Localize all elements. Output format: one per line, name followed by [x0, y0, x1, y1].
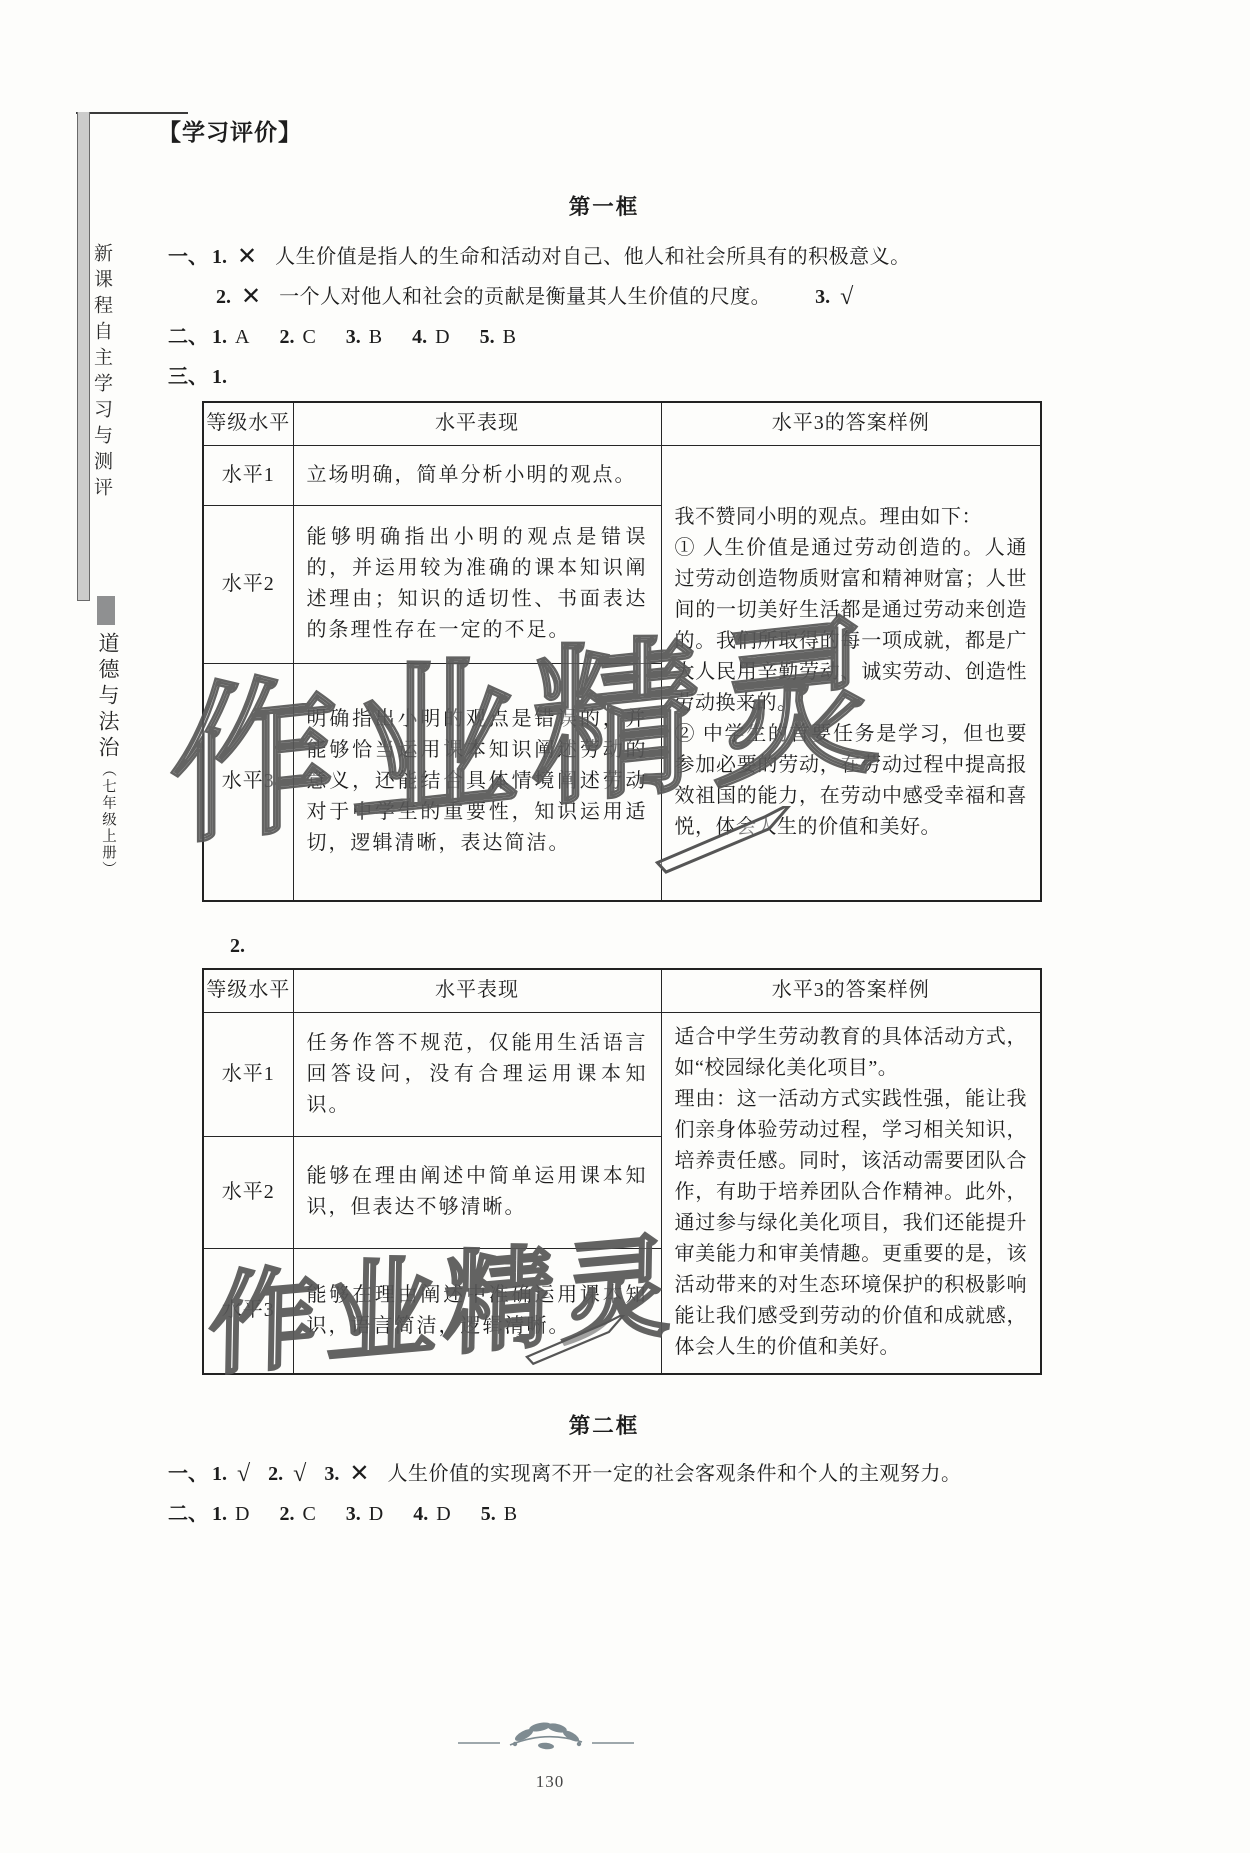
q-number: 1. — [212, 246, 227, 268]
q-number: 1. — [212, 326, 227, 348]
main-content: 第一框 一、1.✕人生价值是指人的生命和活动对自己、他人和社会所具有的积极意义。… — [168, 190, 1040, 1534]
frame1-shortanswer-label: 三、1. — [168, 357, 1040, 397]
cross-mark: ✕ — [349, 1461, 369, 1487]
book-page: 新课程自主学习与测评 道德与法治（七年级上册） 【学习评价】 第一框 一、1.✕… — [0, 0, 1250, 1853]
header-cell-level: 等级水平 — [203, 402, 293, 445]
header-cell-sample: 水平3的答案样例 — [661, 969, 1041, 1012]
choice-letter: B — [503, 326, 516, 348]
frame2-choice-line: 二、1.D2.C3.D4.D5.B — [168, 1494, 1040, 1534]
q-number: 4. — [413, 1503, 428, 1525]
choice-answer: 3.B — [346, 326, 382, 348]
choice-letter: A — [235, 326, 249, 348]
level-cell: 水平3 — [203, 663, 293, 901]
choice-letter: D — [235, 1503, 249, 1525]
level-cell: 水平3 — [203, 1248, 293, 1374]
level-cell: 水平2 — [203, 505, 293, 663]
sidebar-series-title: 新课程自主学习与测评 — [88, 243, 115, 503]
q-number: 5. — [480, 326, 495, 348]
frame1-title: 第一框 — [168, 190, 1040, 221]
level-cell: 水平2 — [203, 1136, 293, 1248]
choice-answer: 3.D — [346, 1503, 383, 1525]
choice-answer: 1.D — [212, 1503, 249, 1525]
performance-cell: 能够在理由阐述中准确运用课本知识，语言简洁，逻辑清晰。 — [293, 1248, 661, 1374]
statement-text: 人生价值的实现离不开一定的社会客观条件和个人的主观努力。 — [387, 1463, 961, 1485]
ordinal-1: 一、 — [168, 1463, 208, 1485]
table-row: 水平1 任务作答不规范，仅能用生活语言回答设问，没有合理运用课本知识。 适合中学… — [203, 1012, 1041, 1136]
table-header-row: 等级水平 水平表现 水平3的答案样例 — [203, 402, 1041, 445]
frame1-choice-line: 二、1.A2.C3.B4.D5.B — [168, 317, 1040, 357]
page-number: 130 — [0, 1772, 1100, 1792]
sample-answer-cell: 我不赞同小明的观点。理由如下： ① 人生价值是通过劳动创造的。人通过劳动创造物质… — [661, 445, 1041, 901]
q-number: 3. — [346, 1503, 361, 1525]
statement-text: 人生价值是指人的生命和活动对自己、他人和社会所具有的积极意义。 — [275, 246, 911, 268]
table-row: 水平1 立场明确，简单分析小明的观点。 我不赞同小明的观点。理由如下： ① 人生… — [203, 445, 1041, 505]
q-number: 4. — [412, 326, 427, 348]
rubric-table-1: 等级水平 水平表现 水平3的答案样例 水平1 立场明确，简单分析小明的观点。 我… — [202, 401, 1042, 902]
choice-answer: 2.C — [279, 326, 315, 348]
choice-answer: 5.B — [480, 326, 516, 348]
q-number: 3. — [346, 326, 361, 348]
choice-answer: 4.D — [413, 1503, 450, 1525]
performance-cell: 能够明确指出小明的观点是错误的，并运用较为准确的课本知识阐述理由；知识的适切性、… — [293, 505, 661, 663]
performance-cell: 明确指出小明的观点是错误的，并能够恰当运用课本知识阐述劳动的意义，还能结合具体情… — [293, 663, 661, 901]
frame1-item2-label: 2. — [230, 928, 1040, 964]
choice-letter: B — [369, 326, 382, 348]
sidebar-subject-box — [97, 596, 115, 625]
check-mark: √ — [840, 284, 853, 310]
frame1-truefalse-line1: 一、1.✕人生价值是指人的生命和活动对自己、他人和社会所具有的积极意义。 — [168, 237, 1040, 277]
ordinal-3: 三、 — [168, 366, 208, 388]
choice-answer: 2.C — [279, 1503, 315, 1525]
header-cell-performance: 水平表现 — [293, 402, 661, 445]
choice-letter: B — [504, 1503, 517, 1525]
statement-text: 一个人对他人和社会的贡献是衡量其人生价值的尺度。 — [279, 286, 771, 308]
choice-answer: 4.D — [412, 326, 449, 348]
item-number: 1. — [212, 366, 227, 388]
frame2-title: 第二框 — [168, 1409, 1040, 1440]
header-cell-performance: 水平表现 — [293, 969, 661, 1012]
header-cell-sample: 水平3的答案样例 — [661, 402, 1041, 445]
performance-cell: 任务作答不规范，仅能用生活语言回答设问，没有合理运用课本知识。 — [293, 1012, 661, 1136]
performance-cell: 能够在理由阐述中简单运用课本知识，但表达不够清晰。 — [293, 1136, 661, 1248]
leaf-flourish-icon — [458, 1712, 634, 1764]
choice-letter: D — [436, 1503, 450, 1525]
choice-letter: D — [369, 1503, 383, 1525]
sidebar-book-title: 道德与法治（七年级上册） — [93, 632, 123, 878]
book-title-text: 道德与法治 — [96, 632, 120, 762]
ordinal-2: 二、 — [168, 326, 208, 348]
header-cell-level: 等级水平 — [203, 969, 293, 1012]
level-cell: 水平1 — [203, 445, 293, 505]
check-mark: √ — [237, 1461, 250, 1487]
choice-answer: 5.B — [481, 1503, 517, 1525]
q-number: 2. — [279, 326, 294, 348]
q-number: 2. — [216, 286, 231, 308]
table-header-row: 等级水平 水平表现 水平3的答案样例 — [203, 969, 1041, 1012]
q-number: 1. — [212, 1503, 227, 1525]
choice-letter: C — [302, 326, 315, 348]
q-number: 5. — [481, 1503, 496, 1525]
performance-cell: 立场明确，简单分析小明的观点。 — [293, 445, 661, 505]
section-label: 【学习评价】 — [158, 114, 302, 147]
choice-answer: 1.A — [212, 326, 249, 348]
q-number: 2. — [279, 1503, 294, 1525]
ordinal-1: 一、 — [168, 246, 208, 268]
check-mark: √ — [293, 1461, 306, 1487]
sample-answer-cell: 适合中学生劳动教育的具体活动方式，如“校园绿化美化项目”。 理由：这一活动方式实… — [661, 1012, 1041, 1374]
frame2-truefalse-line: 一、1.√2.√3.✕人生价值的实现离不开一定的社会客观条件和个人的主观努力。 — [168, 1454, 1040, 1494]
choice-letter: D — [435, 326, 449, 348]
q-number: 3. — [815, 286, 830, 308]
ordinal-2: 二、 — [168, 1503, 208, 1525]
q-number: 2. — [268, 1463, 283, 1485]
level-cell: 水平1 — [203, 1012, 293, 1136]
rubric-table-2: 等级水平 水平表现 水平3的答案样例 水平1 任务作答不规范，仅能用生活语言回答… — [202, 968, 1042, 1375]
cross-mark: ✕ — [241, 284, 261, 310]
cross-mark: ✕ — [237, 244, 257, 270]
frame1-truefalse-line2: 2.✕一个人对他人和社会的贡献是衡量其人生价值的尺度。3.√ — [168, 277, 1040, 317]
book-grade-text: （七年级上册） — [100, 762, 116, 878]
choice-letter: C — [302, 1503, 315, 1525]
q-number: 3. — [324, 1463, 339, 1485]
q-number: 1. — [212, 1463, 227, 1485]
